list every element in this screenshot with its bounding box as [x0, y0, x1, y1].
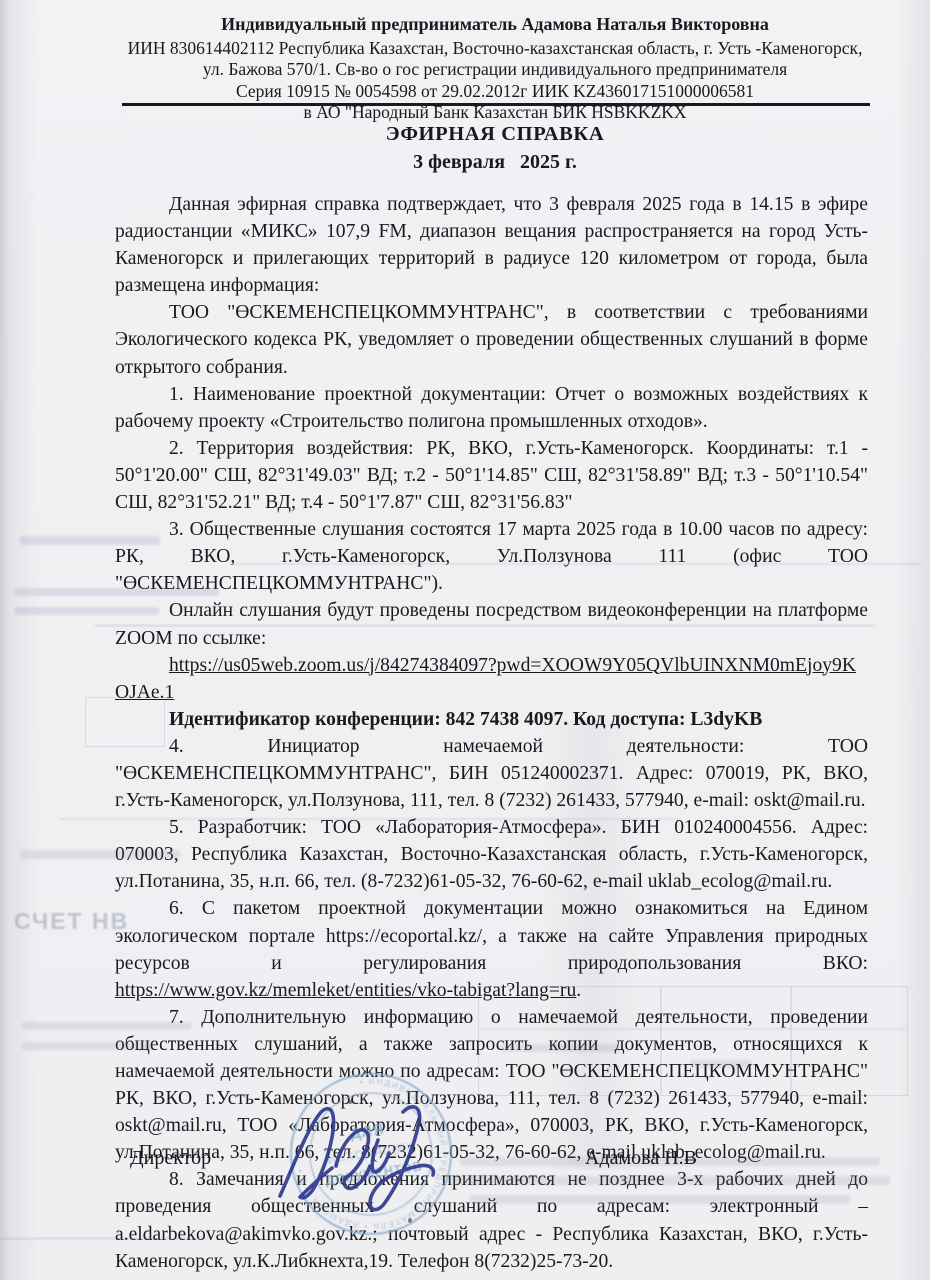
- paragraph-item-6-portal: 6. С пакетом проектной документации можн…: [115, 895, 868, 1003]
- paragraph-intro: Данная эфирная справка подтверждает, что…: [115, 191, 868, 299]
- paragraph-item-4-initiator: 4. Инициатор намечаемой деятельности: ТО…: [115, 733, 868, 814]
- scan-edge-right: [896, 0, 930, 1280]
- letterhead-registration-line: Серия 10915 № 0054598 от 29.02.2012г ИИК…: [120, 81, 870, 103]
- scanned-document-page: Индивидуальный предприниматель Адамова Н…: [0, 0, 930, 1280]
- paragraph-item-8-feedback: 8. Замечания и предложения принимаются н…: [115, 1166, 868, 1274]
- paragraph-zoom-link: https://us05web.zoom.us/j/84274384097?pw…: [115, 652, 868, 706]
- paragraph-item-2-coordinates: 2. Территория воздействия: РК, ВКО, г.Ус…: [115, 435, 868, 516]
- item-6-period: .: [576, 980, 581, 1001]
- letterhead-iin-line: ИИН 830614402112 Республика Казахстан, В…: [120, 38, 870, 60]
- signature-strokes: [272, 1080, 468, 1238]
- letterhead: Индивидуальный предприниматель Адамова Н…: [120, 14, 870, 124]
- item-6-text: 6. С пакетом проектной документации можн…: [115, 898, 868, 973]
- paragraph-conference-id: Идентификатор конференции: 842 7438 4097…: [115, 706, 868, 733]
- zoom-meeting-link: https://us05web.zoom.us/j/84274384097?pw…: [115, 655, 856, 703]
- document-date: 3 февраля 2025 г.: [120, 151, 870, 174]
- gov-portal-link: https://www.gov.kz/memleket/entities/vko…: [115, 980, 576, 1001]
- handwritten-signature: [272, 1080, 468, 1238]
- paragraph-item-1: 1. Наименование проектной документации: …: [115, 381, 868, 435]
- header-divider-line: [122, 103, 870, 106]
- scan-edge-left: [0, 0, 9, 1280]
- director-name: Адамова Н.В: [585, 1147, 697, 1170]
- paragraph-item-3-hearing: 3. Общественные слушания состоятся 17 ма…: [115, 516, 868, 597]
- document-title: ЭФИРНАЯ СПРАВКА: [120, 123, 870, 146]
- paragraph-announcement: ТОО "ӨСКЕМЕНСПЕЦКОММУНТРАНС", в соответс…: [115, 299, 868, 380]
- director-label: Директор: [130, 1147, 211, 1170]
- title-block: ЭФИРНАЯ СПРАВКА 3 февраля 2025 г.: [120, 123, 870, 174]
- paragraph-item-5-developer: 5. Разработчик: ТОО «Лаборатория-Атмосфе…: [115, 814, 868, 895]
- document-body: Данная эфирная справка подтверждает, что…: [115, 191, 868, 1275]
- letterhead-address-line: ул. Бажова 570/1. Св-во о гос регистраци…: [120, 59, 870, 81]
- scan-edge-left-shadow: [9, 0, 39, 1280]
- paragraph-online-hearing: Онлайн слушания будут проведены посредст…: [115, 597, 868, 651]
- paragraph-item-7-contacts: 7. Дополнительную информацию о намечаемо…: [115, 1004, 868, 1167]
- letterhead-entrepreneur-name: Индивидуальный предприниматель Адамова Н…: [120, 14, 870, 36]
